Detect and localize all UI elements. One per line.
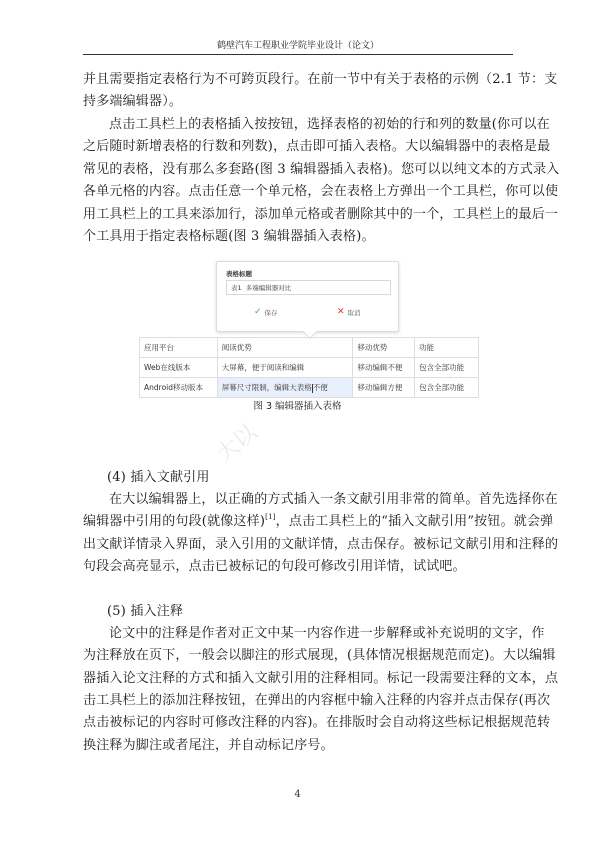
table-cell[interactable]: Web在线版本: [140, 358, 218, 378]
table-cell[interactable]: 移动编辑方便: [353, 378, 415, 398]
table-cell[interactable]: 阅读优势: [217, 338, 353, 358]
table-cell-selected[interactable]: 屏幕尺寸限制，编辑大表格不便: [217, 378, 353, 398]
table-title-input[interactable]: [226, 280, 391, 295]
table-cell[interactable]: 功能: [415, 338, 479, 358]
table-cell[interactable]: 移动编辑不便: [353, 358, 415, 378]
body-text-line: 编辑器中引用的句段(就像这样)[1]，点击工具栏上的“插入文献引用”按钮。就会弹: [83, 512, 513, 532]
table-cell[interactable]: 包含全部功能: [415, 358, 479, 378]
close-icon: ✕: [337, 307, 345, 317]
body-text-line: 为注释放在页下，一般会以脚注的形式展现，(具体情况根据规范而定)。大以编辑: [83, 646, 513, 666]
page-number: 4: [0, 788, 595, 802]
body-text-line: 持多端编辑器）。: [83, 92, 513, 112]
cancel-button-label: 取消: [348, 308, 361, 317]
table-title-label: 表格标题: [226, 269, 252, 278]
table-cell[interactable]: Android移动版本: [140, 378, 218, 398]
body-text-line: 击工具栏上的添加注释按钮，在弹出的内容框中输入注释的内容并点击保存(再次: [83, 691, 513, 711]
body-text-line: 器插入论文注释的方式和插入文献引用的注释相同。标记一段需要注释的文本，点: [83, 669, 513, 689]
table-row: Web在线版本 大屏幕，便于阅读和编辑 移动编辑不便 包含全部功能: [140, 358, 479, 378]
table-row: Android移动版本 屏幕尺寸限制，编辑大表格不便 移动编辑方便 包含全部功能: [140, 378, 479, 398]
body-text-line: 之后随时新增表格的行数和列数)，点击即可插入表格。大以编辑器中的表格是最: [83, 137, 513, 157]
table-cell[interactable]: 移动优势: [353, 338, 415, 358]
editor-table: 应用平台 阅读优势 移动优势 功能 Web在线版本 大屏幕，便于阅读和编辑 移动…: [139, 337, 479, 398]
body-text-line: 换注释为脚注或者尾注，并自动标记序号。: [83, 736, 513, 756]
body-text-line: 点击工具栏上的表格插入按按钮，选择表格的初始的行和列的数量(你可以在: [83, 115, 513, 135]
body-text: ，点击工具栏上的“插入文献引用”按钮。就会弹: [276, 514, 554, 529]
body-text-line: 点击被标记的内容时可修改注释的内容)。在排版时会自动将这些标记根据规范转: [83, 713, 513, 733]
body-text-line: 出文献详情录入界面，录入引用的文献详情，点击保存。被标记文献引用和注释的: [83, 535, 513, 555]
figure-caption: 图 3 编辑器插入表格: [0, 400, 595, 414]
body-text-line: 论文中的注释是作者对正文中某一内容作进一步解释或补充说明的文字，作: [83, 624, 513, 644]
body-text-line: 并且需要指定表格行为不可跨页段行。在前一节中有关于表格的示例（2.1 节：支: [83, 70, 513, 90]
body-text-line: 在大以编辑器上，以正确的方式插入一条文献引用非常的简单。首先选择你在: [83, 490, 513, 510]
body-text-line: 句段会高亮显示，点击已被标记的句段可修改引用详情，试试吧。: [83, 557, 513, 577]
body-text-line: 用工具栏上的工具来添加行，添加单元格或者删除其中的一个，工具栏上的最后一: [83, 205, 513, 225]
table-cell[interactable]: 应用平台: [140, 338, 218, 358]
table-row: 应用平台 阅读优势 移动优势 功能: [140, 338, 479, 358]
cancel-button[interactable]: ✕ 取消: [337, 307, 361, 317]
body-text-line: 个工具用于指定表格标题(图 3 编辑器插入表格)。: [83, 227, 513, 247]
section-heading: (5) 插入注释: [107, 602, 537, 622]
section-heading: (4) 插入文献引用: [107, 468, 537, 488]
body-text-line: 各单元格的内容。点击任意一个单元格，会在表格上方弹出一个工具栏，你可以使: [83, 182, 513, 202]
running-header: 鹤壁汽车工程职业学院毕业设计（论文）: [83, 40, 513, 55]
body-text: 编辑器中引用的句段(就像这样): [83, 514, 265, 529]
save-button-label: 保存: [265, 308, 278, 317]
cell-text-tail: 不便: [313, 383, 328, 392]
citation-mark[interactable]: [1]: [265, 513, 276, 521]
cell-text: 屏幕尺寸限制，编辑大表格: [222, 383, 312, 392]
table-title-popup: 表格标题 ✓ 保存 ✕ 取消: [216, 261, 399, 332]
table-cell[interactable]: 大屏幕，便于阅读和编辑: [217, 358, 353, 378]
check-icon: ✓: [254, 307, 262, 317]
save-button[interactable]: ✓ 保存: [254, 307, 278, 317]
body-text-line: 常见的表格，没有那么多套路(图 3 编辑器插入表格)。您可以以纯文本的方式录入: [83, 160, 513, 180]
table-cell[interactable]: 包含全部功能: [415, 378, 479, 398]
